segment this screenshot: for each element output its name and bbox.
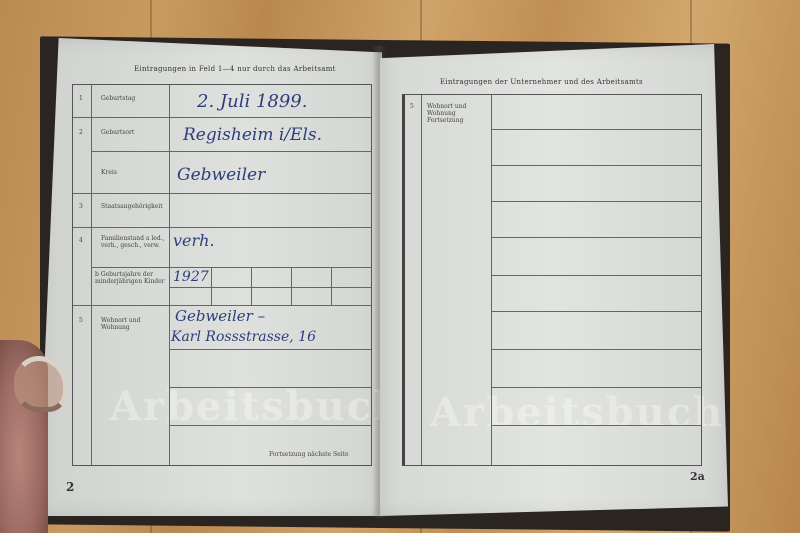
handwritten-marital-status: verh. xyxy=(173,231,215,250)
label-kinder-geburtsjahre: b Geburtsjahre der minderjährigen Kinder xyxy=(95,271,167,285)
handwritten-district: Gebweiler xyxy=(177,165,265,185)
handwritten-birthplace: Regisheim i/Els. xyxy=(183,125,322,145)
row-number: 5 xyxy=(79,317,83,324)
left-page: Arbeitsbuch Eintragungen in Feld 1—4 nur… xyxy=(38,38,382,516)
handwritten-birthdate: 2. Juli 1899. xyxy=(197,91,307,112)
continuation-table: 5 Wohnort und Wohnung Fortsetzung xyxy=(402,94,702,466)
handwritten-child-year: 1927 xyxy=(173,269,209,285)
row-number: 3 xyxy=(79,203,83,210)
left-page-header: Eintragungen in Feld 1—4 nur durch das A… xyxy=(134,65,336,73)
footer-continued: Fortsetzung nächste Seite xyxy=(269,451,349,458)
label-geburtstag: Geburtstag xyxy=(101,95,165,102)
row-number: 1 xyxy=(79,95,83,102)
label-familienstand: Familienstand a led., verh., gesch., ver… xyxy=(101,235,165,249)
row-number: 2 xyxy=(79,129,83,136)
form-table: 1 2 3 4 5 Geburtstag Geburtsort Kreis St… xyxy=(72,84,372,466)
right-page: Arbeitsbuch Eintragungen der Unternehmer… xyxy=(380,44,728,516)
label-wohnort: Wohnort und Wohnung xyxy=(101,317,165,331)
row-number: 5 xyxy=(410,103,414,110)
label-kreis: Kreis xyxy=(101,169,165,176)
right-page-header: Eintragungen der Unternehmer und des Arb… xyxy=(440,78,643,86)
handwritten-residence-town: Gebweiler – xyxy=(175,307,265,325)
page-number: 2 xyxy=(66,480,74,494)
label-wohnort-fortsetzung: Wohnort und Wohnung Fortsetzung xyxy=(427,103,487,124)
page-number: 2a xyxy=(690,470,705,483)
handwritten-residence-street: Karl Rossstrasse, 16 xyxy=(171,329,316,345)
label-staatsangehoerigkeit: Staatsangehörigkeit xyxy=(101,203,165,210)
label-geburtsort: Geburtsort xyxy=(101,129,165,136)
row-number: 4 xyxy=(79,237,83,244)
